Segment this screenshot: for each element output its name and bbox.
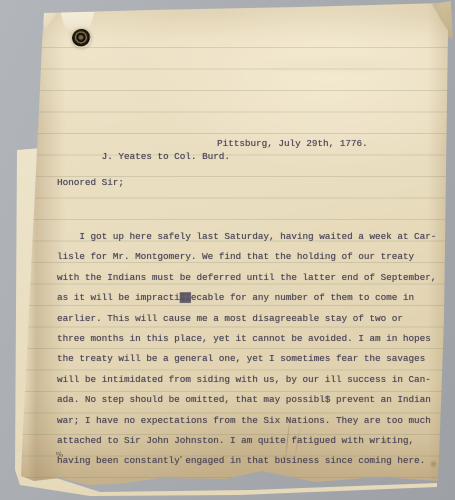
paper-stain-speck — [429, 460, 438, 468]
letter-page: J. Yeates to Col. Burd. Pittsburg, July … — [0, 0, 455, 500]
letter-line: the treaty will be a general one, yet I … — [57, 349, 436, 369]
paper-stain-speck — [381, 438, 389, 444]
letter-heading: J. Yeates to Col. Burd. Pittsburg, July … — [57, 137, 436, 150]
letter-line: having been constantly engaged in that b… — [57, 451, 436, 471]
letter-line: I got up here safely last Saturday, havi… — [57, 227, 436, 247]
letter-line: ada. No step should be omitted, that may… — [57, 390, 436, 410]
letter-line: attached to Sir John Johnston. I am quit… — [57, 431, 436, 451]
heading-dateline: Pittsburg, July 29th, 1776. — [217, 137, 368, 150]
heading-addressee: J. Yeates to Col. Burd. — [102, 151, 230, 162]
eyelet-grommet — [72, 29, 91, 48]
letter-line: with the Indians must be deferred until … — [57, 268, 436, 288]
letter-line: will be intimidated from siding with us,… — [57, 370, 436, 390]
paper-dot — [180, 456, 182, 458]
letter-text: J. Yeates to Col. Burd. Pittsburg, July … — [57, 111, 436, 498]
letter-line: three months in this place, yet it canno… — [57, 329, 436, 349]
letter-line: earlier. This will cause me a most disag… — [57, 309, 436, 329]
letter-line: war; I have no expectations from the Six… — [57, 411, 436, 431]
letter-body: I got up here safely last Saturday, havi… — [57, 227, 436, 472]
pencil-mark: % — [55, 449, 64, 459]
letter-line: lisle for Mr. Montgomery. We find that t… — [57, 247, 436, 267]
letter-salutation: Honored Sir; — [57, 176, 436, 189]
corner-fold-top-left — [40, 8, 65, 31]
scanner-background: J. Yeates to Col. Burd. Pittsburg, July … — [0, 0, 455, 500]
letter-line: as it will be impracti▓▓ecable for any n… — [57, 288, 436, 308]
